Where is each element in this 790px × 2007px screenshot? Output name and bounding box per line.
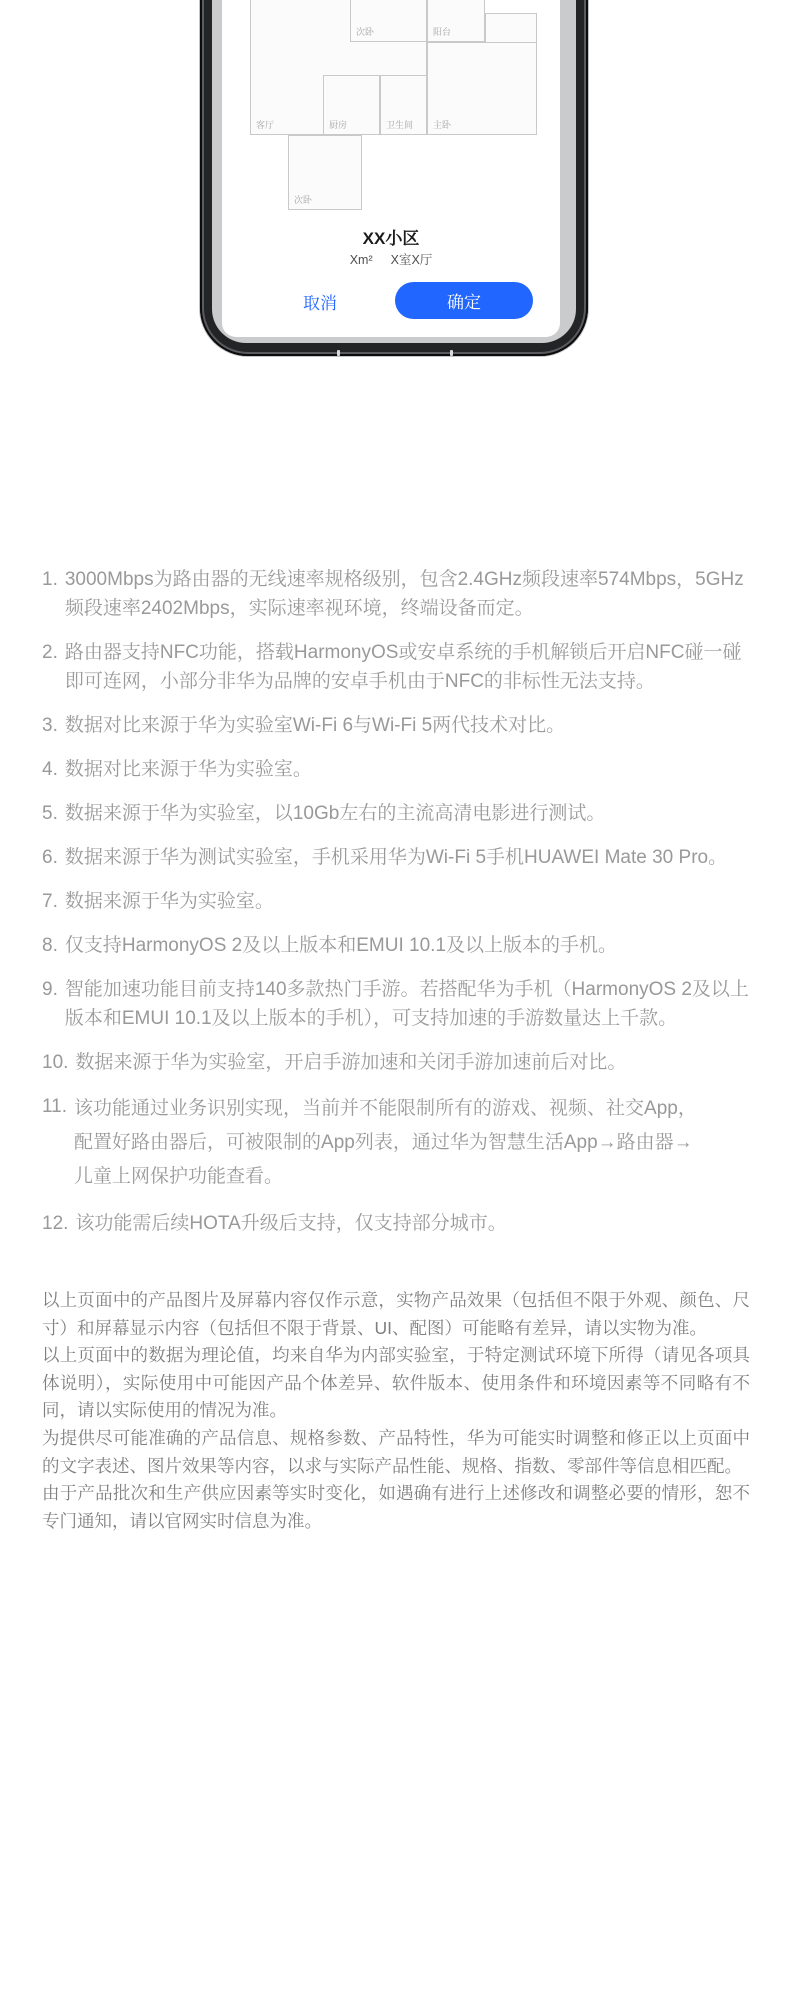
footnote-number: 10. <box>42 1048 68 1077</box>
footnote-item-1: 1. 3000Mbps为路由器的无线速率规格级别，包含2.4GHz频段速率574… <box>42 565 750 623</box>
room-bedroom-top: 次卧 <box>350 0 427 42</box>
footnote-text: 数据对比来源于华为实验室Wi-Fi 6与Wi-Fi 5两代技术对比。 <box>65 711 565 740</box>
footnote-item-10: 10. 数据来源于华为实验室，开启手游加速和关闭手游加速前后对比。 <box>42 1048 750 1077</box>
footnote-text: 3000Mbps为路由器的无线速率规格级别，包含2.4GHz频段速率574Mbp… <box>65 565 750 623</box>
footnote-number: 1. <box>42 565 58 623</box>
disclaimer-paragraph: 由于产品批次和生产供应因素等实时变化，如遇确有进行上述修改和调整必要的情形，恕不… <box>42 1480 750 1535</box>
footnote-text: 数据对比来源于华为实验室。 <box>65 755 312 784</box>
footnote-text: 路由器支持NFC功能，搭载HarmonyOS或安卓系统的手机解锁后开启NFC碰一… <box>65 638 750 696</box>
room-label: 阳台 <box>433 25 451 38</box>
footnote-number: 7. <box>42 887 58 916</box>
footnote-item-7: 7. 数据来源于华为实验室。 <box>42 887 750 916</box>
room-label: 主卧 <box>433 118 451 131</box>
room-kitchen: 厨房 <box>323 75 380 135</box>
disclaimer-paragraph: 以上页面中的产品图片及屏幕内容仅作示意，实物产品效果（包括但不限于外观、颜色、尺… <box>42 1287 750 1342</box>
community-name: XX小区 <box>222 224 560 249</box>
footnote-number: 11. <box>42 1092 67 1194</box>
footnote-number: 3. <box>42 711 58 740</box>
antenna-line-left <box>337 350 340 356</box>
footnote-item-4: 4. 数据对比来源于华为实验室。 <box>42 755 750 784</box>
footnote-item-5: 5. 数据来源于华为实验室，以10Gb左右的主流高清电影进行测试。 <box>42 799 750 828</box>
footnote-text: 数据来源于华为实验室。 <box>65 887 274 916</box>
apartment-layout: X室X厅 <box>391 253 433 267</box>
room-label: 次卧 <box>356 25 374 38</box>
footnotes-list: 1. 3000Mbps为路由器的无线速率规格级别，包含2.4GHz频段速率574… <box>42 565 750 1253</box>
cancel-button[interactable]: 取消 <box>222 289 418 314</box>
footnote-number: 12. <box>42 1209 68 1238</box>
disclaimer: 以上页面中的产品图片及屏幕内容仅作示意，实物产品效果（包括但不限于外观、颜色、尺… <box>42 1287 750 1535</box>
room-master-extension <box>485 13 537 43</box>
footnote-number: 8. <box>42 931 58 960</box>
footnote-text: 智能加速功能目前支持140多款热门手游。若搭配华为手机（HarmonyOS 2及… <box>65 975 750 1033</box>
footnote-number: 4. <box>42 755 58 784</box>
footnote-item-11: 11. 该功能通过业务识别实现，当前并不能限制所有的游戏、视频、社交App， 配… <box>42 1092 750 1194</box>
room-bedroom-bottom: 次卧 <box>288 135 362 210</box>
phone-screen: 客厅 次卧 阳台 主卧 厨房 卫生间 <box>212 0 576 343</box>
footnote-text: 该功能需后续HOTA升级后支持，仅支持部分城市。 <box>75 1209 506 1238</box>
footnote-text: 数据来源于华为测试实验室，手机采用华为Wi-Fi 5手机HUAWEI Mate … <box>65 843 727 872</box>
footnote-item-12: 12. 该功能需后续HOTA升级后支持，仅支持部分城市。 <box>42 1209 750 1238</box>
room-label: 次卧 <box>294 193 312 206</box>
antenna-line-right <box>450 350 453 356</box>
footnote-text: 数据来源于华为实验室，以10Gb左右的主流高清电影进行测试。 <box>65 799 605 828</box>
apartment-area: Xm² <box>350 253 373 267</box>
footnote-item-9: 9. 智能加速功能目前支持140多款热门手游。若搭配华为手机（HarmonyOS… <box>42 975 750 1033</box>
apartment-select-dialog: 客厅 次卧 阳台 主卧 厨房 卫生间 <box>222 0 560 337</box>
room-label: 卫生间 <box>386 118 413 131</box>
footnote-item-8: 8. 仅支持HarmonyOS 2及以上版本和EMUI 10.1及以上版本的手机… <box>42 931 750 960</box>
phone-mockup: 客厅 次卧 阳台 主卧 厨房 卫生间 <box>200 0 588 356</box>
room-label: 厨房 <box>329 118 347 131</box>
room-bathroom: 卫生间 <box>380 75 427 135</box>
footnote-text: 数据来源于华为实验室，开启手游加速和关闭手游加速前后对比。 <box>75 1048 626 1077</box>
page: 客厅 次卧 阳台 主卧 厨房 卫生间 <box>0 0 790 2007</box>
confirm-button[interactable]: 确定 <box>395 282 533 319</box>
footnote-number: 6. <box>42 843 58 872</box>
footnote-item-6: 6. 数据来源于华为测试实验室，手机采用华为Wi-Fi 5手机HUAWEI Ma… <box>42 843 750 872</box>
disclaimer-paragraph: 为提供尽可能准确的产品信息、规格参数、产品特性，华为可能实时调整和修正以上页面中… <box>42 1425 750 1480</box>
room-balcony: 阳台 <box>427 0 485 42</box>
apartment-info: Xm²X室X厅 <box>222 250 560 268</box>
footnote-number: 5. <box>42 799 58 828</box>
footnote-item-2: 2. 路由器支持NFC功能，搭载HarmonyOS或安卓系统的手机解锁后开启NF… <box>42 638 750 696</box>
disclaimer-paragraph: 以上页面中的数据为理论值，均来自华为内部实验室，于特定测试环境下所得（请见各项具… <box>42 1342 750 1425</box>
footnote-number: 2. <box>42 638 58 696</box>
footnote-number: 9. <box>42 975 58 1033</box>
footnote-text: 仅支持HarmonyOS 2及以上版本和EMUI 10.1及以上版本的手机。 <box>65 931 617 960</box>
room-label: 客厅 <box>256 118 274 131</box>
room-master-bedroom: 主卧 <box>427 42 537 135</box>
footnote-text: 该功能通过业务识别实现，当前并不能限制所有的游戏、视频、社交App， 配置好路由… <box>74 1092 697 1194</box>
footnote-item-3: 3. 数据对比来源于华为实验室Wi-Fi 6与Wi-Fi 5两代技术对比。 <box>42 711 750 740</box>
